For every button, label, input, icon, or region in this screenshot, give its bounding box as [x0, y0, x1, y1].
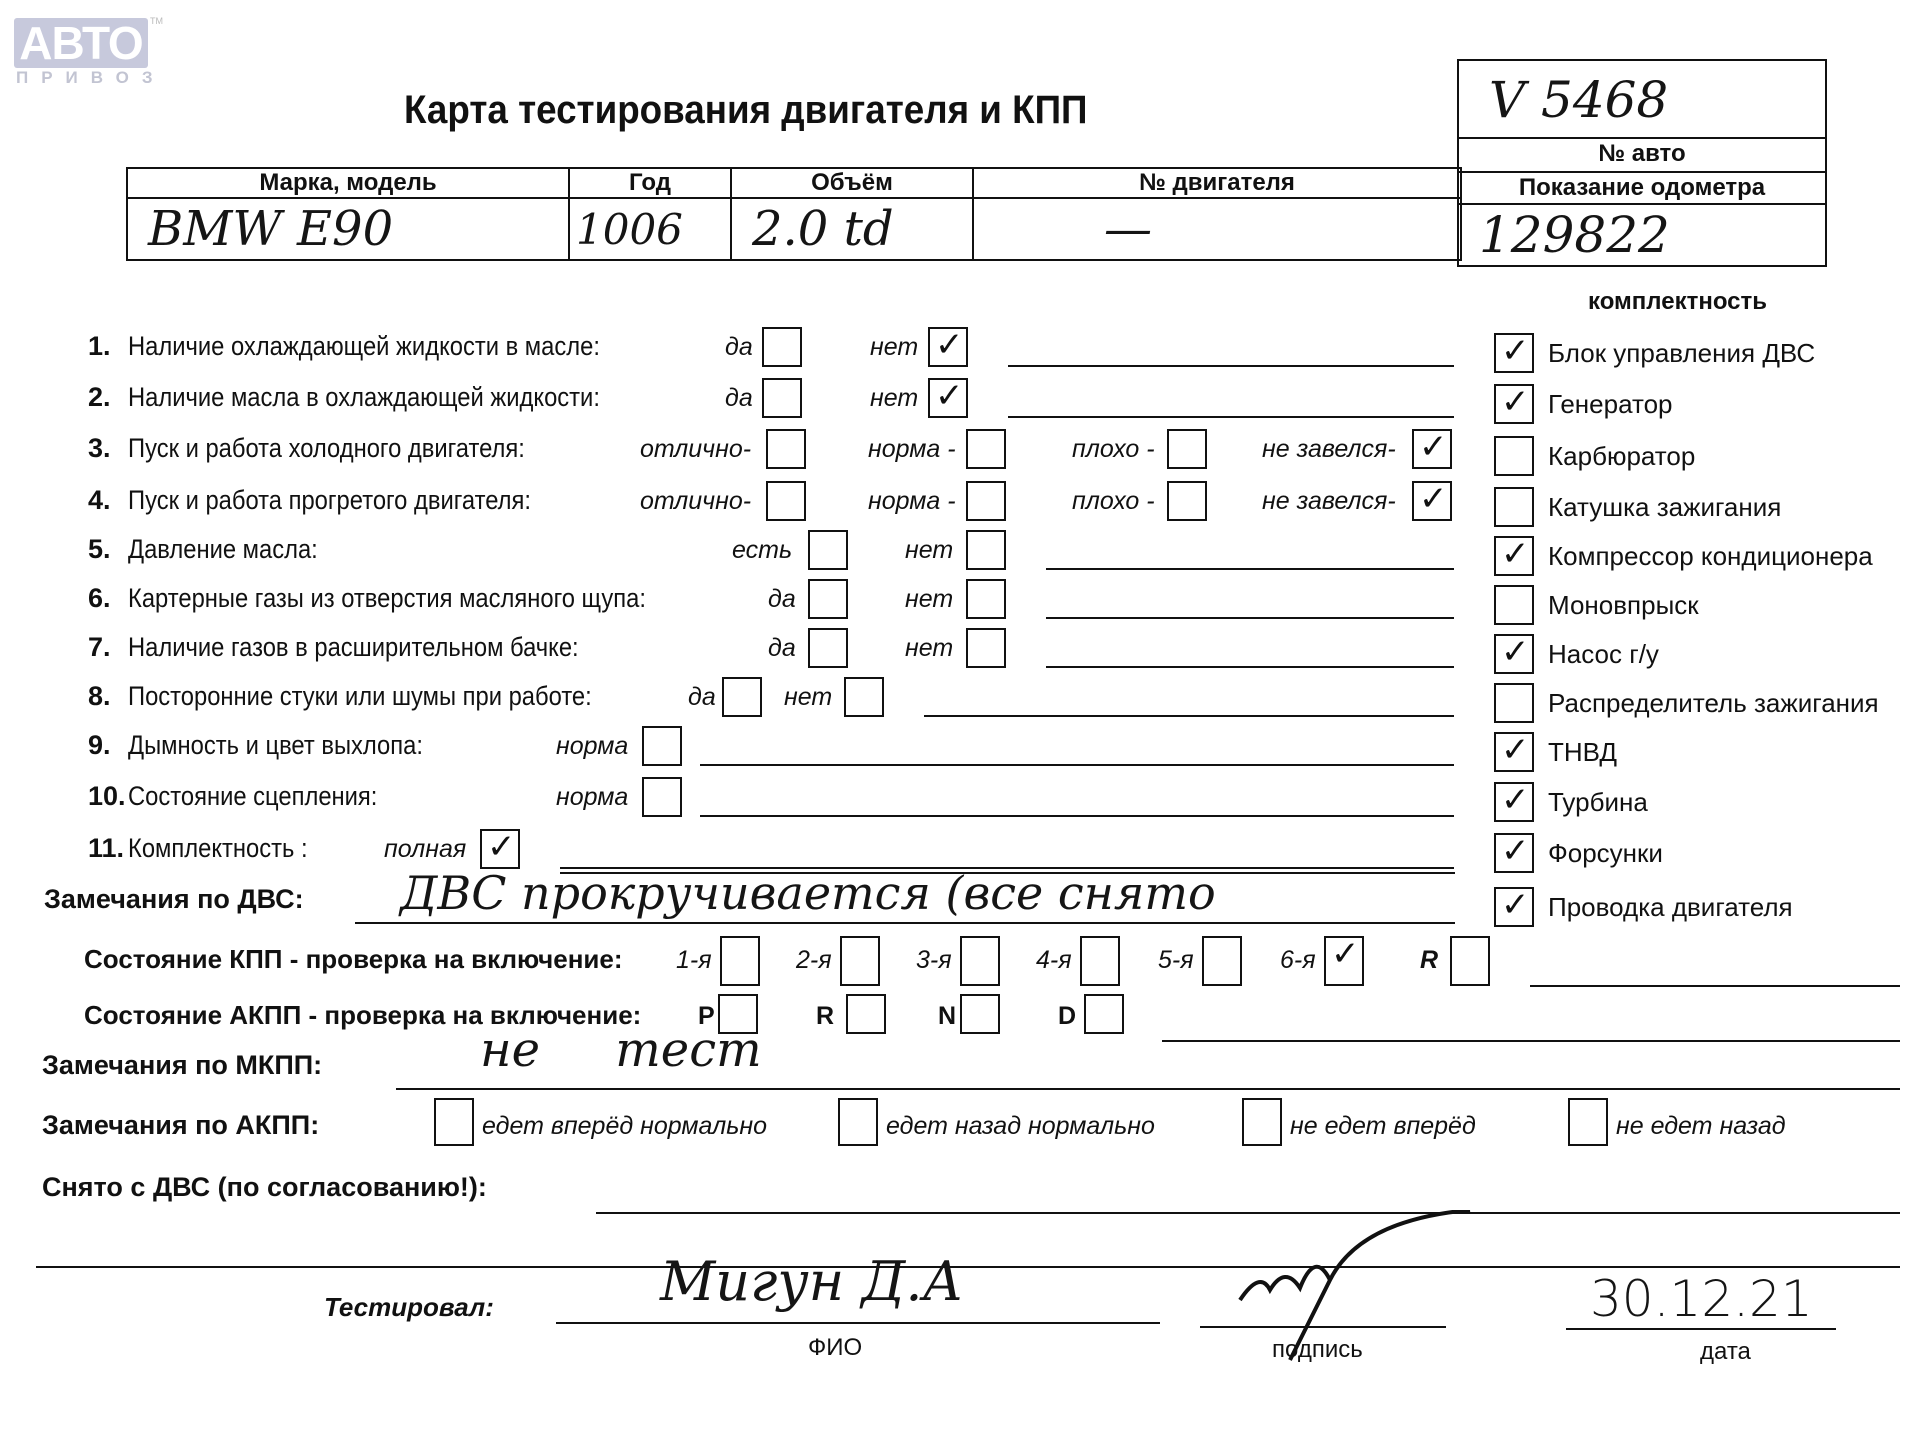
engine-remarks-label: Замечания по ДВС: [44, 884, 304, 915]
checklist-checkbox[interactable] [808, 530, 848, 570]
checklist-option-label: нет [784, 683, 832, 712]
completeness-item-label: Карбюратор [1548, 441, 1695, 472]
checklist-notes-line [1008, 365, 1454, 367]
engine-number-field[interactable]: — [973, 198, 1461, 260]
year-field[interactable]: 1006 [569, 198, 731, 260]
signature-mark[interactable] [1230, 1210, 1500, 1370]
car-number-label: № авто [1459, 139, 1825, 173]
checklist-checkbox[interactable] [1167, 481, 1207, 521]
auto-mode-label: R [816, 1002, 834, 1031]
checklist-row-number: 1. [88, 331, 111, 362]
checklist-option-label: полная [384, 835, 466, 864]
car-info-box: V 5468 № авто Показание одометра 129822 [1457, 59, 1827, 267]
checklist-row-number: 2. [88, 382, 111, 413]
column-header-year: Год [569, 168, 731, 198]
volume-field[interactable]: 2.0 td [731, 198, 973, 260]
checklist-option-label: норма - [868, 487, 956, 516]
checklist-row-number: 7. [88, 632, 111, 663]
tester-name-field[interactable]: Мигун Д.А [660, 1250, 963, 1313]
signature-underline [1200, 1326, 1446, 1328]
car-number-field[interactable]: V 5468 [1459, 61, 1825, 139]
auto-remark-label: едет назад нормально [886, 1112, 1155, 1141]
gear-label: 2-я [796, 946, 832, 975]
checklist-checkbox[interactable] [1412, 429, 1452, 469]
checklist-option-label: есть [732, 536, 792, 565]
name-caption: ФИО [808, 1334, 862, 1362]
column-header-make-model: Марка, модель [127, 168, 569, 198]
odometer-field[interactable]: 129822 [1459, 205, 1825, 265]
checklist-row-number: 4. [88, 485, 111, 516]
removed-label: Снято с ДВС (по согласованию!): [42, 1172, 487, 1203]
completeness-checkbox[interactable] [1494, 333, 1534, 373]
checklist-option-label: нет [905, 585, 953, 614]
checklist-row-number: 9. [88, 730, 111, 761]
checklist-row-number: 10. [88, 781, 126, 812]
auto-mode-label: D [1058, 1002, 1076, 1031]
gear-label: R [1420, 946, 1438, 975]
checklist-checkbox[interactable] [966, 530, 1006, 570]
checklist-option-label: нет [870, 333, 918, 362]
checklist-option-label: нет [905, 634, 953, 663]
engine-remarks-field[interactable]: ДВС прокручивается (все снято [400, 866, 1216, 920]
checklist-checkbox[interactable] [928, 378, 968, 418]
completeness-item-label: Блок управления ДВС [1548, 338, 1815, 369]
auto-remark-checkbox[interactable] [1568, 1098, 1608, 1146]
checklist-notes-line [700, 815, 1454, 817]
completeness-checkbox[interactable] [1494, 487, 1534, 527]
manual-remarks-label: Замечания по МКПП: [42, 1050, 322, 1081]
odometer-label: Показание одометра [1459, 173, 1825, 205]
checklist-checkbox[interactable] [966, 429, 1006, 469]
checklist-row-number: 11. [88, 833, 124, 864]
checklist-notes-line [1046, 617, 1454, 619]
checklist-checkbox[interactable] [642, 726, 682, 766]
completeness-item-label: Компрессор кондиционера [1548, 541, 1873, 572]
gear-checkbox[interactable] [720, 936, 760, 986]
gear-checkbox[interactable] [840, 936, 880, 986]
checklist-checkbox[interactable] [766, 481, 806, 521]
gear-label: 3-я [916, 946, 952, 975]
checklist-row-number: 6. [88, 583, 111, 614]
auto-remark-checkbox[interactable] [434, 1098, 474, 1146]
checklist-checkbox[interactable] [762, 327, 802, 367]
completeness-title: комплектность [1588, 288, 1767, 316]
checklist-notes-line [1046, 666, 1454, 668]
checklist-row-number: 3. [88, 433, 111, 464]
auto-mode-label: N [938, 1002, 956, 1031]
completeness-checkbox[interactable] [1494, 634, 1534, 674]
logo-trademark: TM [150, 16, 163, 26]
checklist-row-label: Состояние сцепления: [128, 781, 377, 812]
vehicle-info-table: Марка, модель Год Объём № двигателя BMW … [126, 167, 1462, 261]
checklist-notes-line [1008, 416, 1454, 418]
checklist-option-label: норма - [868, 435, 956, 464]
checklist-option-label: не завелся- [1262, 435, 1396, 464]
checklist-row-label: Дымность и цвет выхлопа: [128, 730, 423, 761]
checklist-option-label: да [768, 634, 796, 663]
completeness-item-label: Генератор [1548, 389, 1673, 420]
checklist-row-label: Наличие охлаждающей жидкости в масле: [128, 331, 600, 362]
manual-gearbox-underline [1530, 985, 1900, 987]
auto-remark-checkbox[interactable] [1242, 1098, 1282, 1146]
gear-label: 6-я [1280, 946, 1316, 975]
completeness-remarks-underline [560, 872, 1455, 874]
date-field[interactable]: 30.12.21 [1590, 1270, 1813, 1328]
completeness-checkbox[interactable] [1494, 732, 1534, 772]
auto-remark-label: не едет вперёд [1290, 1112, 1476, 1141]
completeness-checkbox[interactable] [1494, 833, 1534, 873]
checklist-checkbox[interactable] [1167, 429, 1207, 469]
manual-remarks-field[interactable]: не тест [480, 1022, 762, 1078]
completeness-checkbox[interactable] [1494, 436, 1534, 476]
tested-by-label: Тестировал: [324, 1292, 494, 1323]
logo: АВТО [14, 18, 148, 68]
checklist-row-label: Картерные газы из отверстия масляного щу… [128, 583, 646, 614]
auto-gearbox-underline [1162, 1040, 1900, 1042]
checklist-notes-line [700, 764, 1454, 766]
checklist-option-label: да [688, 683, 716, 712]
checklist-row-label: Давление масла: [128, 534, 318, 565]
checklist-checkbox[interactable] [480, 829, 520, 869]
column-header-volume: Объём [731, 168, 973, 198]
date-caption: дата [1700, 1338, 1751, 1366]
completeness-item-label: ТНВД [1548, 737, 1617, 768]
manual-remarks-underline [396, 1088, 1900, 1090]
checklist-option-label: нет [905, 536, 953, 565]
gear-checkbox[interactable] [1324, 936, 1364, 986]
name-underline [556, 1322, 1160, 1324]
completeness-checkbox[interactable] [1494, 887, 1534, 927]
checklist-checkbox[interactable] [722, 677, 762, 717]
auto-remarks-label: Замечания по АКПП: [42, 1110, 319, 1141]
completeness-item-label: Насос г/у [1548, 639, 1659, 670]
checklist-option-label: нет [870, 384, 918, 413]
auto-mode-checkbox[interactable] [846, 994, 886, 1034]
page-title: Карта тестирования двигателя и КПП [404, 88, 1087, 133]
completeness-checkbox[interactable] [1494, 782, 1534, 822]
checklist-checkbox[interactable] [844, 677, 884, 717]
gear-checkbox[interactable] [960, 936, 1000, 986]
checklist-checkbox[interactable] [762, 378, 802, 418]
completeness-item-label: Проводка двигателя [1548, 892, 1793, 923]
column-header-engine-number: № двигателя [973, 168, 1461, 198]
checklist-row-label: Наличие газов в расширительном бачке: [128, 632, 579, 663]
checklist-row-number: 5. [88, 534, 111, 565]
completeness-checkbox[interactable] [1494, 384, 1534, 424]
manual-gearbox-label: Состояние КПП - проверка на включение: [84, 944, 623, 975]
completeness-item-label: Распределитель зажигания [1548, 688, 1879, 719]
checklist-option-label: да [725, 333, 753, 362]
completeness-item-label: Катушка зажигания [1548, 492, 1781, 523]
logo-subtext: ПРИВОЗ [16, 68, 166, 88]
completeness-item-label: Форсунки [1548, 838, 1663, 869]
checklist-option-label: да [725, 384, 753, 413]
date-underline [1566, 1328, 1836, 1330]
checklist-notes-line [924, 715, 1454, 717]
auto-mode-checkbox[interactable] [1084, 994, 1124, 1034]
checklist-row-label: Комплектность : [128, 833, 308, 864]
checklist-checkbox[interactable] [642, 777, 682, 817]
gear-checkbox[interactable] [1202, 936, 1242, 986]
checklist-row-label: Наличие масла в охлаждающей жидкости: [128, 382, 600, 413]
checklist-option-label: отлично- [640, 487, 751, 516]
auto-remark-label: едет вперёд нормально [482, 1112, 767, 1141]
checklist-checkbox[interactable] [966, 628, 1006, 668]
make-model-field[interactable]: BMW E90 [127, 198, 569, 260]
removed-underline-2 [36, 1266, 1900, 1268]
checklist-option-label: отлично- [640, 435, 751, 464]
checklist-notes-line [1046, 568, 1454, 570]
checklist-checkbox[interactable] [928, 327, 968, 367]
checklist-checkbox[interactable] [966, 481, 1006, 521]
checklist-option-label: норма [556, 783, 628, 812]
checklist-row-number: 8. [88, 681, 111, 712]
checklist-checkbox[interactable] [808, 579, 848, 619]
engine-remarks-underline [355, 922, 1455, 924]
completeness-item-label: Турбина [1548, 787, 1648, 818]
completeness-checkbox[interactable] [1494, 536, 1534, 576]
checklist-option-label: не завелся- [1262, 487, 1396, 516]
checklist-row-label: Пуск и работа прогретого двигателя: [128, 485, 531, 516]
checklist-option-label: плохо - [1072, 487, 1155, 516]
checklist-row-label: Пуск и работа холодного двигателя: [128, 433, 525, 464]
gear-checkbox[interactable] [1080, 936, 1120, 986]
gear-label: 4-я [1036, 946, 1072, 975]
checklist-checkbox[interactable] [808, 628, 848, 668]
gear-label: 5-я [1158, 946, 1194, 975]
gear-checkbox[interactable] [1450, 936, 1490, 986]
checklist-row-label: Посторонние стуки или шумы при работе: [128, 681, 592, 712]
checklist-checkbox[interactable] [766, 429, 806, 469]
completeness-item-label: Моновпрыск [1548, 590, 1699, 621]
completeness-checkbox[interactable] [1494, 585, 1534, 625]
gear-label: 1-я [676, 946, 712, 975]
auto-remark-label: не едет назад [1616, 1112, 1786, 1141]
signature-caption: подпись [1272, 1336, 1363, 1364]
auto-mode-checkbox[interactable] [960, 994, 1000, 1034]
checklist-option-label: норма [556, 732, 628, 761]
checklist-checkbox[interactable] [966, 579, 1006, 619]
completeness-checkbox[interactable] [1494, 683, 1534, 723]
checklist-option-label: плохо - [1072, 435, 1155, 464]
checklist-option-label: да [768, 585, 796, 614]
auto-remark-checkbox[interactable] [838, 1098, 878, 1146]
checklist-checkbox[interactable] [1412, 481, 1452, 521]
